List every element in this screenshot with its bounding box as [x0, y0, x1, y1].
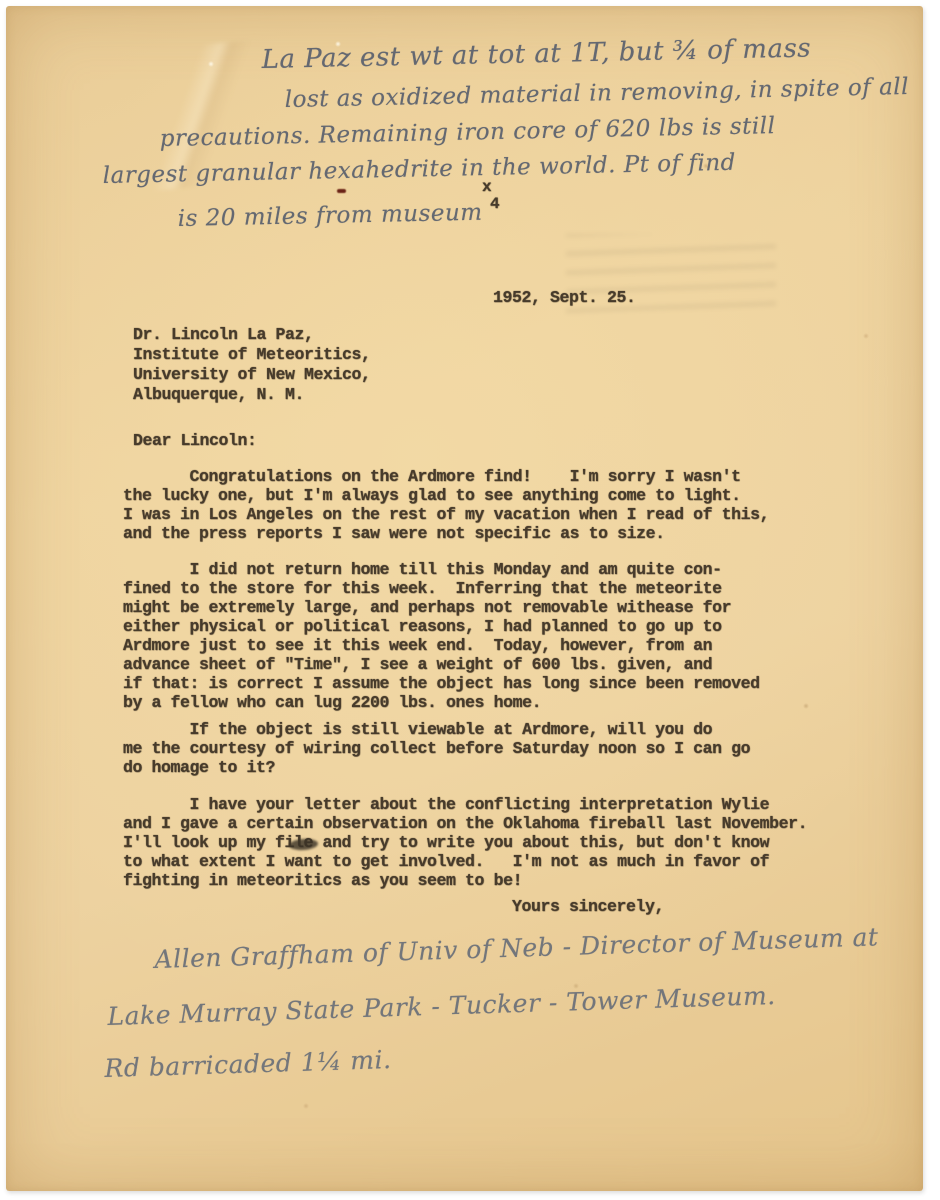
- typed-marker-4: 4: [490, 195, 499, 214]
- salutation: Dear Lincoln:: [133, 431, 257, 450]
- closing-line: Yours sincerely,: [512, 897, 664, 916]
- handwritten-note-bottom-line-2: Lake Murray State Park - Tucker - Tower …: [107, 981, 776, 1031]
- body-paragraph-2: I did not return home till this Monday a…: [123, 560, 760, 712]
- handwritten-note-top-line-2: lost as oxidized material in removing, i…: [284, 74, 909, 113]
- body-paragraph-3: If the object is still viewable at Ardmo…: [123, 720, 750, 777]
- handwritten-note-top-line-5: is 20 miles from museum: [177, 200, 482, 232]
- handwritten-note-top-line-3: precautions. Remaining iron core of 620 …: [159, 113, 775, 152]
- handwritten-note-bottom-line-1: Allen Graffham of Univ of Neb - Director…: [154, 922, 879, 974]
- handwritten-note-top-line-4: largest granular hexahedrite in the worl…: [102, 150, 736, 189]
- letter-page: La Paz est wt at tot at 1T, but ¾ of mas…: [6, 6, 923, 1191]
- body-paragraph-1: Congratulations on the Ardmore find! I'm…: [123, 467, 769, 543]
- handwritten-note-bottom-line-3: Rd barricaded 1¼ mi.: [104, 1045, 392, 1083]
- recipient-address: Dr. Lincoln La Paz, Institute of Meteori…: [133, 325, 371, 405]
- red-ink-dot: [337, 189, 346, 193]
- date-line: 1952, Sept. 25.: [493, 288, 636, 307]
- handwritten-note-top-line-1: La Paz est wt at tot at 1T, but ¾ of mas…: [261, 33, 811, 75]
- body-paragraph-4: I have your letter about the conflicting…: [123, 795, 807, 890]
- paper-crease: [30, 30, 363, 203]
